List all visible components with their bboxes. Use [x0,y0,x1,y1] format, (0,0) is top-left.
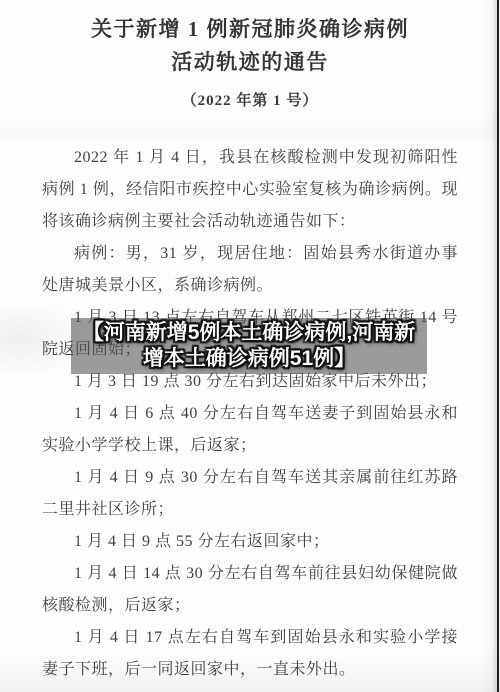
notice-page: 关于新增 1 例新冠肺炎确诊病例 活动轨迹的通告 （2022 年第 1 号） 2… [0,0,500,692]
paragraph-track-4: 1 月 4 日 9 点 30 分左右自驾车送其亲属前往红苏路二里井社区诊所； [42,462,458,526]
paragraph-track-6: 1 月 4 日 14 点 30 分左右自驾车前往县妇幼保健院做核酸检测，后返家； [42,558,458,622]
paragraph-track-5: 1 月 4 日 9 点 55 分左右返回家中； [42,526,458,558]
caption-line-2: 增本土确诊病例51例】 [143,346,355,372]
caption-line-1: 【河南新增5例本土确诊病例,河南新 [83,320,416,346]
notice-issue-number: （2022 年第 1 号） [42,91,458,111]
notice-title-line2: 活动轨迹的通告 [42,47,458,77]
paragraph-case-info: 病例：男，31 岁，现居住地：固始县秀水街道办事处唐城美景小区，系确诊病例。 [42,238,458,302]
notice-body: 2022 年 1 月 4 日，我县在核酸检测中发现初筛阳性病例 1 例，经信阳市… [42,142,458,686]
news-caption-overlay: 【河南新增5例本土确诊病例,河南新 增本土确诊病例51例】 [71,318,427,374]
paragraph-intro: 2022 年 1 月 4 日，我县在核酸检测中发现初筛阳性病例 1 例，经信阳市… [42,142,458,238]
paragraph-track-3: 1 月 4 日 6 点 40 分左右自驾车送妻子到固始县永和实验小学学校上课，后… [42,398,458,462]
paragraph-track-7: 1 月 4 日 17 点左右自驾车到固始县永和实验小学接妻子下班，后一同返回家中… [42,622,458,686]
notice-title-line1: 关于新增 1 例新冠肺炎确诊病例 [42,14,458,44]
right-edge-line [497,0,499,692]
